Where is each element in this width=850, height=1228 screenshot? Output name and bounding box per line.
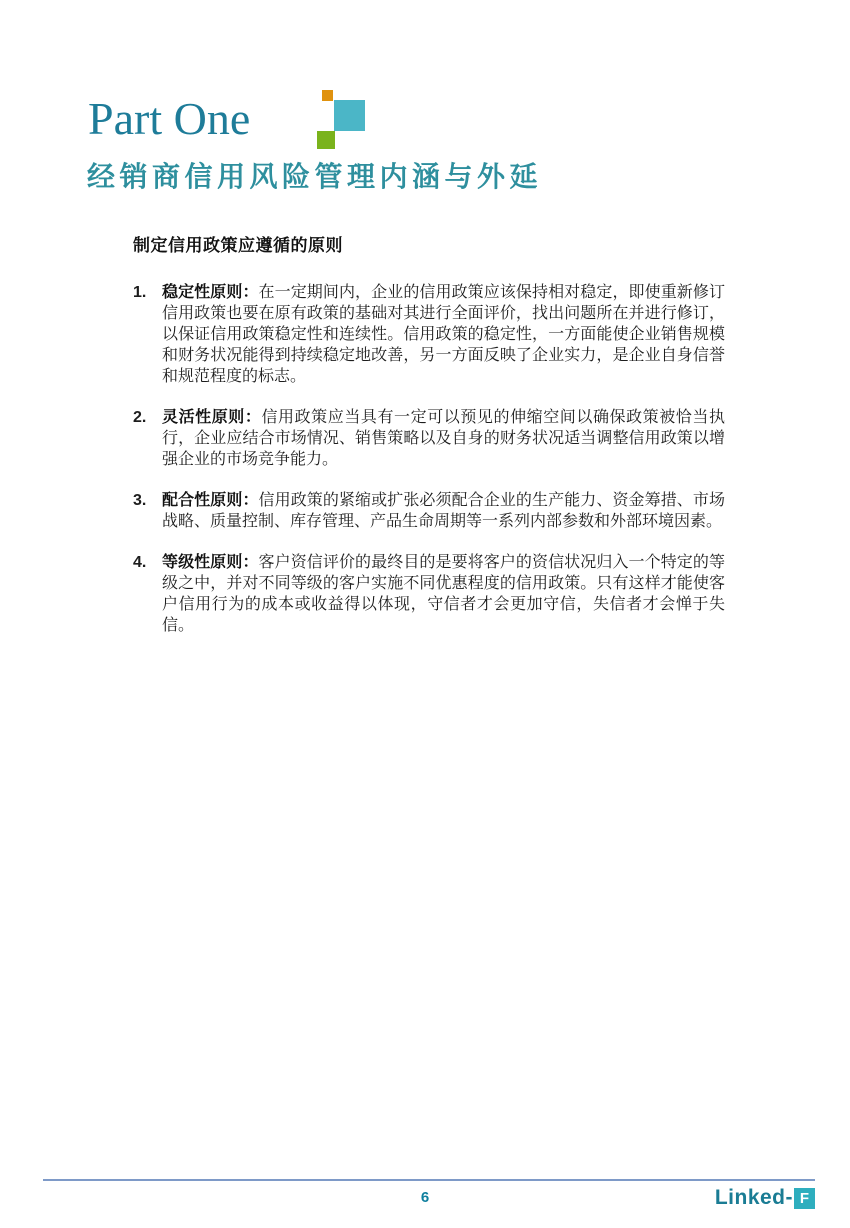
- principle-label: 配合性原则: [162, 492, 242, 509]
- principle-separator: ：: [242, 554, 258, 571]
- footer-divider: [43, 1179, 815, 1181]
- principle-label: 灵活性原则: [162, 409, 245, 426]
- teal-square-icon: [334, 100, 365, 131]
- principle-number: 2.: [133, 407, 162, 470]
- principle-item-3: 3. 配合性原则：信用政策的紧缩或扩张必须配合企业的生产能力、资金筹措、市场战略…: [133, 490, 725, 532]
- principle-number: 4.: [133, 552, 162, 636]
- section-subtitle: 经销商信用风险管理内涵与外延: [87, 155, 542, 195]
- principle-separator: ：: [242, 492, 258, 509]
- logo-f-badge-icon: F: [794, 1188, 815, 1209]
- principle-separator: ：: [245, 409, 262, 426]
- green-square-icon: [317, 131, 335, 149]
- principle-label: 等级性原则: [162, 554, 242, 571]
- logo-text: Linked-: [715, 1186, 793, 1210]
- linked-f-logo: Linked- F: [715, 1186, 815, 1210]
- three-squares-icon: [305, 88, 375, 158]
- orange-square-icon: [322, 90, 333, 101]
- principle-text: 配合性原则：信用政策的紧缩或扩张必须配合企业的生产能力、资金筹措、市场战略、质量…: [162, 490, 725, 532]
- principle-label: 稳定性原则: [162, 284, 242, 301]
- principle-item-4: 4. 等级性原则：客户资信评价的最终目的是要将客户的资信状况归入一个特定的等级之…: [133, 552, 725, 636]
- document-page: Part One 经销商信用风险管理内涵与外延 制定信用政策应遵循的原则 1. …: [0, 0, 850, 1228]
- principle-separator: ：: [242, 284, 258, 301]
- principle-number: 1.: [133, 282, 162, 387]
- content-heading: 制定信用政策应遵循的原则: [133, 231, 725, 256]
- part-title: Part One: [88, 94, 250, 145]
- principle-number: 3.: [133, 490, 162, 532]
- principle-text: 稳定性原则：在一定期间内，企业的信用政策应该保持相对稳定，即使重新修订信用政策也…: [162, 282, 725, 387]
- principle-text: 灵活性原则：信用政策应当具有一定可以预见的伸缩空间以确保政策被恰当执行，企业应结…: [162, 407, 725, 470]
- principle-item-2: 2. 灵活性原则：信用政策应当具有一定可以预见的伸缩空间以确保政策被恰当执行，企…: [133, 407, 725, 470]
- principle-text: 等级性原则：客户资信评价的最终目的是要将客户的资信状况归入一个特定的等级之中，并…: [162, 552, 725, 636]
- main-content: 制定信用政策应遵循的原则 1. 稳定性原则：在一定期间内，企业的信用政策应该保持…: [133, 231, 725, 656]
- principle-item-1: 1. 稳定性原则：在一定期间内，企业的信用政策应该保持相对稳定，即使重新修订信用…: [133, 282, 725, 387]
